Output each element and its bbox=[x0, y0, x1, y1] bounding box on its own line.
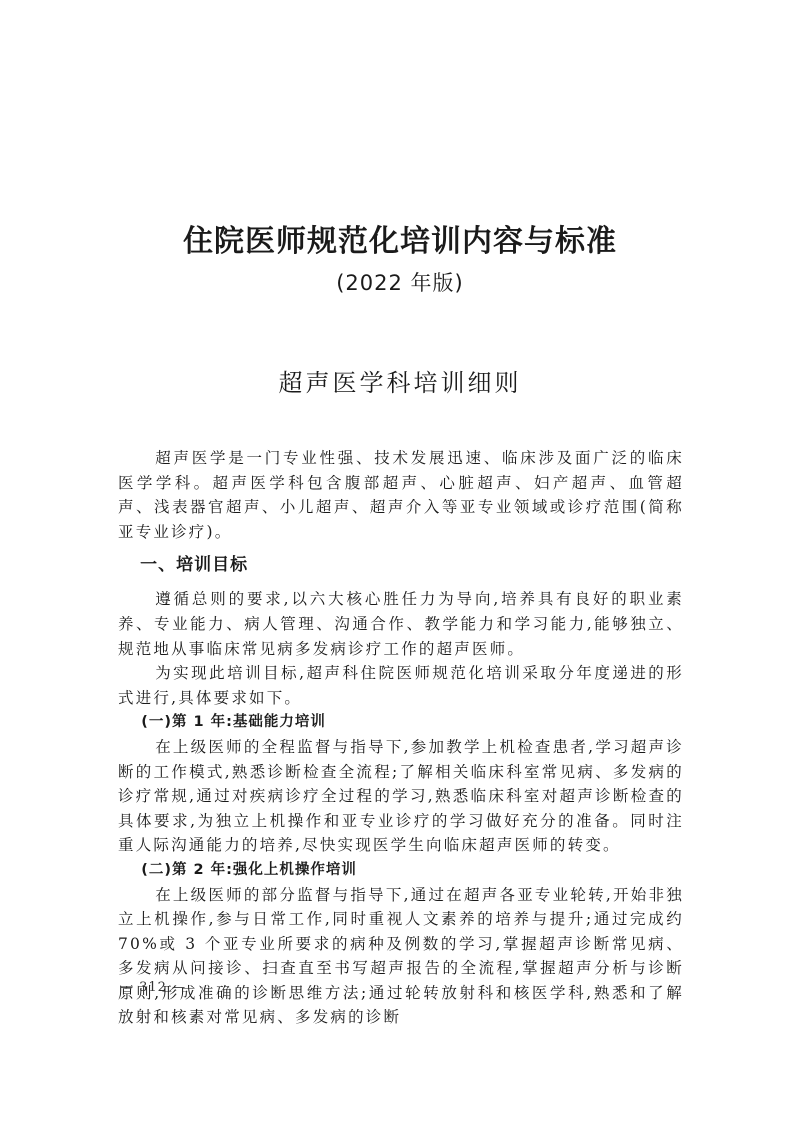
heading-year-2: (二)第 2 年:强化上机操作培训 bbox=[118, 858, 684, 883]
heading-year-1: (一)第 1 年:基础能力培训 bbox=[118, 710, 684, 735]
year-1-paragraph: 在上级医师的全程监督与指导下,参加教学上机检查患者,学习超声诊断的工作模式,熟悉… bbox=[118, 735, 684, 858]
heading-training-goals: 一、培训目标 bbox=[118, 552, 684, 578]
goals-paragraph: 遵循总则的要求,以六大核心胜任力为导向,培养具有良好的职业素养、专业能力、病人管… bbox=[118, 587, 684, 661]
document-body: 超声医学是一门专业性强、技术发展迅速、临床涉及面广泛的临床医学学科。超声医学科包… bbox=[118, 446, 684, 1030]
intro-paragraph: 超声医学是一门专业性强、技术发展迅速、临床涉及面广泛的临床医学学科。超声医学科包… bbox=[118, 446, 684, 544]
document-page: 住院医师规范化培训内容与标准 (2022 年版) 超声医学科培训细则 超声医学是… bbox=[0, 0, 800, 1131]
document-subtitle: (2022 年版) bbox=[0, 268, 800, 298]
document-title: 住院医师规范化培训内容与标准 bbox=[0, 222, 800, 262]
year-2-paragraph: 在上级医师的部分监督与指导下,通过在超声各亚专业轮转,开始非独立上机操作,参与日… bbox=[118, 883, 684, 1031]
goals-implementation-paragraph: 为实现此培训目标,超声科住院医师规范化培训采取分年度递进的形式进行,具体要求如下… bbox=[118, 661, 684, 710]
page-number: — 312 — bbox=[120, 980, 186, 995]
section-title: 超声医学科培训细则 bbox=[0, 366, 800, 400]
